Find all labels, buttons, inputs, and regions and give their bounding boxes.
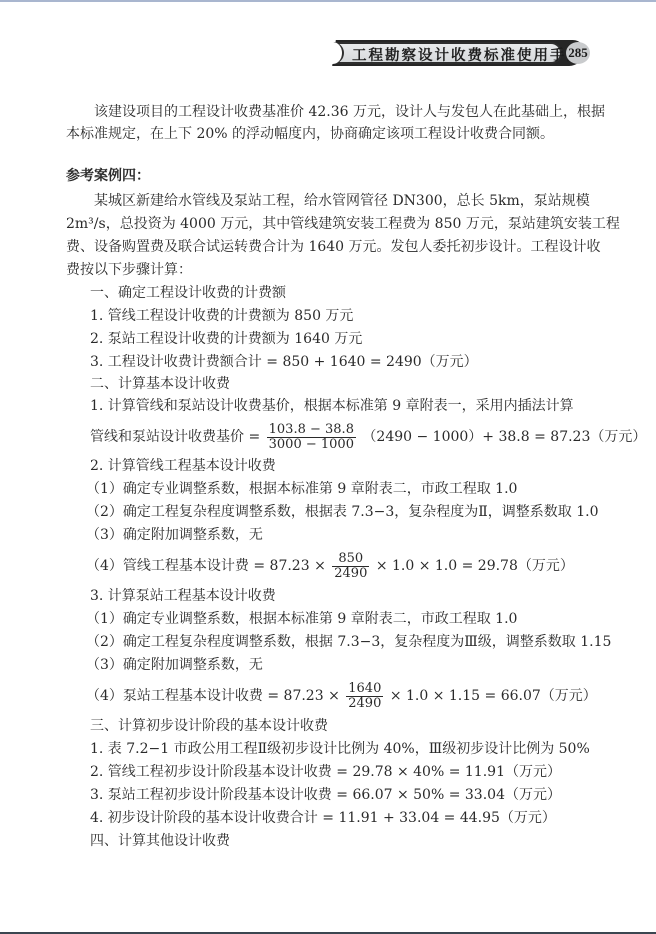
section3-item-4: 4. 初步设计阶段的基本设计收费合计 = 11.91 + 33.04 = 44.… bbox=[90, 808, 556, 828]
section3-item-1: 1. 表 7.2−1 市政公用工程Ⅱ级初步设计比例为 40%，Ⅲ级初步设计比例为… bbox=[90, 739, 590, 759]
section1-item-2: 2. 泵站工程设计收费的计费额为 1640 万元 bbox=[90, 329, 362, 349]
fraction: 103.8 − 38.8 3000 − 1000 bbox=[267, 423, 356, 452]
formula-base-price: 管线和泵站设计收费基价 = 103.8 − 38.8 3000 − 1000 （… bbox=[90, 420, 646, 454]
pump-step-3: （3）确定附加调整系数，无 bbox=[86, 655, 263, 675]
pipeline-step-2: （2）确定工程复杂程度调整系数，根据表 7.3−3，复杂程度为Ⅱ，调整系数取 1… bbox=[86, 502, 599, 522]
section3-title: 三、计算初步设计阶段的基本设计收费 bbox=[90, 716, 328, 736]
fraction-denominator: 2490 bbox=[346, 697, 383, 711]
formula-label: 管线和泵站设计收费基价 = bbox=[90, 429, 260, 445]
formula-label: （4）泵站工程基本设计收费 = 87.23 × bbox=[86, 688, 340, 704]
page-number: 285 bbox=[566, 42, 590, 64]
section1-item-3: 3. 工程设计收费计费额合计 = 850 + 1640 = 2490（万元） bbox=[90, 352, 478, 372]
fraction-denominator: 3000 − 1000 bbox=[267, 438, 356, 452]
pump-step-2: （2）确定工程复杂程度调整系数，根据 7.3−3，复杂程度为Ⅲ级，调整系数取 1… bbox=[86, 632, 611, 652]
top-border bbox=[0, 0, 656, 2]
section3-item-3: 3. 泵站工程初步设计阶段基本设计收费 = 66.07 × 50% = 33.0… bbox=[90, 785, 561, 805]
running-title: 工程勘察设计收费标准使用手册 bbox=[352, 44, 583, 65]
fraction-numerator: 1640 bbox=[346, 682, 383, 697]
case-desc-line-4: 费按以下步骤计算： bbox=[66, 260, 192, 280]
section1-title: 一、确定工程设计收费的计费额 bbox=[90, 283, 286, 303]
pump-step-1: （1）确定专业调整系数，根据本标准第 9 章附表二，市政工程取 1.0 bbox=[86, 609, 517, 629]
fraction-numerator: 103.8 − 38.8 bbox=[267, 423, 356, 438]
running-header-banner: 工程勘察设计收费标准使用手册 285 bbox=[330, 40, 592, 66]
case-desc-line-2: 2m³/s，总投资为 4000 万元，其中管线建筑安装工程费为 850 万元，泵… bbox=[66, 214, 620, 234]
pipeline-step-1: （1）确定专业调整系数，根据本标准第 9 章附表二，市政工程取 1.0 bbox=[86, 479, 517, 499]
case-desc-line-1: 某城区新建给水管线及泵站工程，给水管网管径 DN300，总长 5km，泵站规模 bbox=[94, 191, 590, 211]
section2-item-3-title: 3. 计算泵站工程基本设计收费 bbox=[90, 586, 276, 606]
section2-title: 二、计算基本设计收费 bbox=[90, 374, 230, 394]
pipeline-fee-formula: （4）管线工程基本设计费 = 87.23 × 850 2490 × 1.0 × … bbox=[86, 549, 574, 583]
case-heading: 参考案例四： bbox=[66, 166, 150, 186]
section3-item-2: 2. 管线工程初步设计阶段基本设计收费 = 29.78 × 40% = 11.9… bbox=[90, 762, 561, 782]
section2-item-1: 1. 计算管线和泵站设计收费基价，根据本标准第 9 章附表一，采用内插法计算 bbox=[90, 396, 574, 416]
section1-item-1: 1. 管线工程设计收费的计费额为 850 万元 bbox=[90, 306, 353, 326]
fraction: 1640 2490 bbox=[346, 682, 383, 711]
fraction-numerator: 850 bbox=[332, 552, 369, 567]
case-desc-line-3: 费、设备购置费及联合试运转费合计为 1640 万元。发包人委托初步设计。工程设计… bbox=[66, 237, 601, 257]
fraction: 850 2490 bbox=[332, 552, 369, 581]
intro-line-2: 本标准规定，在上下 20% 的浮动幅度内，协商确定该项工程设计收费合同额。 bbox=[66, 124, 554, 144]
fraction-denominator: 2490 bbox=[332, 567, 369, 581]
formula-rest: × 1.0 × 1.0 = 29.78（万元） bbox=[376, 558, 574, 574]
formula-label: （4）管线工程基本设计费 = 87.23 × bbox=[86, 558, 326, 574]
formula-rest: （2490 − 1000）+ 38.8 = 87.23（万元） bbox=[362, 429, 646, 445]
section2-item-2-title: 2. 计算管线工程基本设计收费 bbox=[90, 456, 276, 476]
pump-fee-formula: （4）泵站工程基本设计收费 = 87.23 × 1640 2490 × 1.0 … bbox=[86, 679, 597, 713]
section4-title: 四、计算其他设计收费 bbox=[90, 831, 230, 851]
intro-line-1: 该建设项目的工程设计收费基准价 42.36 万元，设计人与发包人在此基础上，根据 bbox=[94, 102, 605, 122]
pipeline-step-3: （3）确定附加调整系数，无 bbox=[86, 525, 263, 545]
formula-rest: × 1.0 × 1.15 = 66.07（万元） bbox=[390, 688, 597, 704]
